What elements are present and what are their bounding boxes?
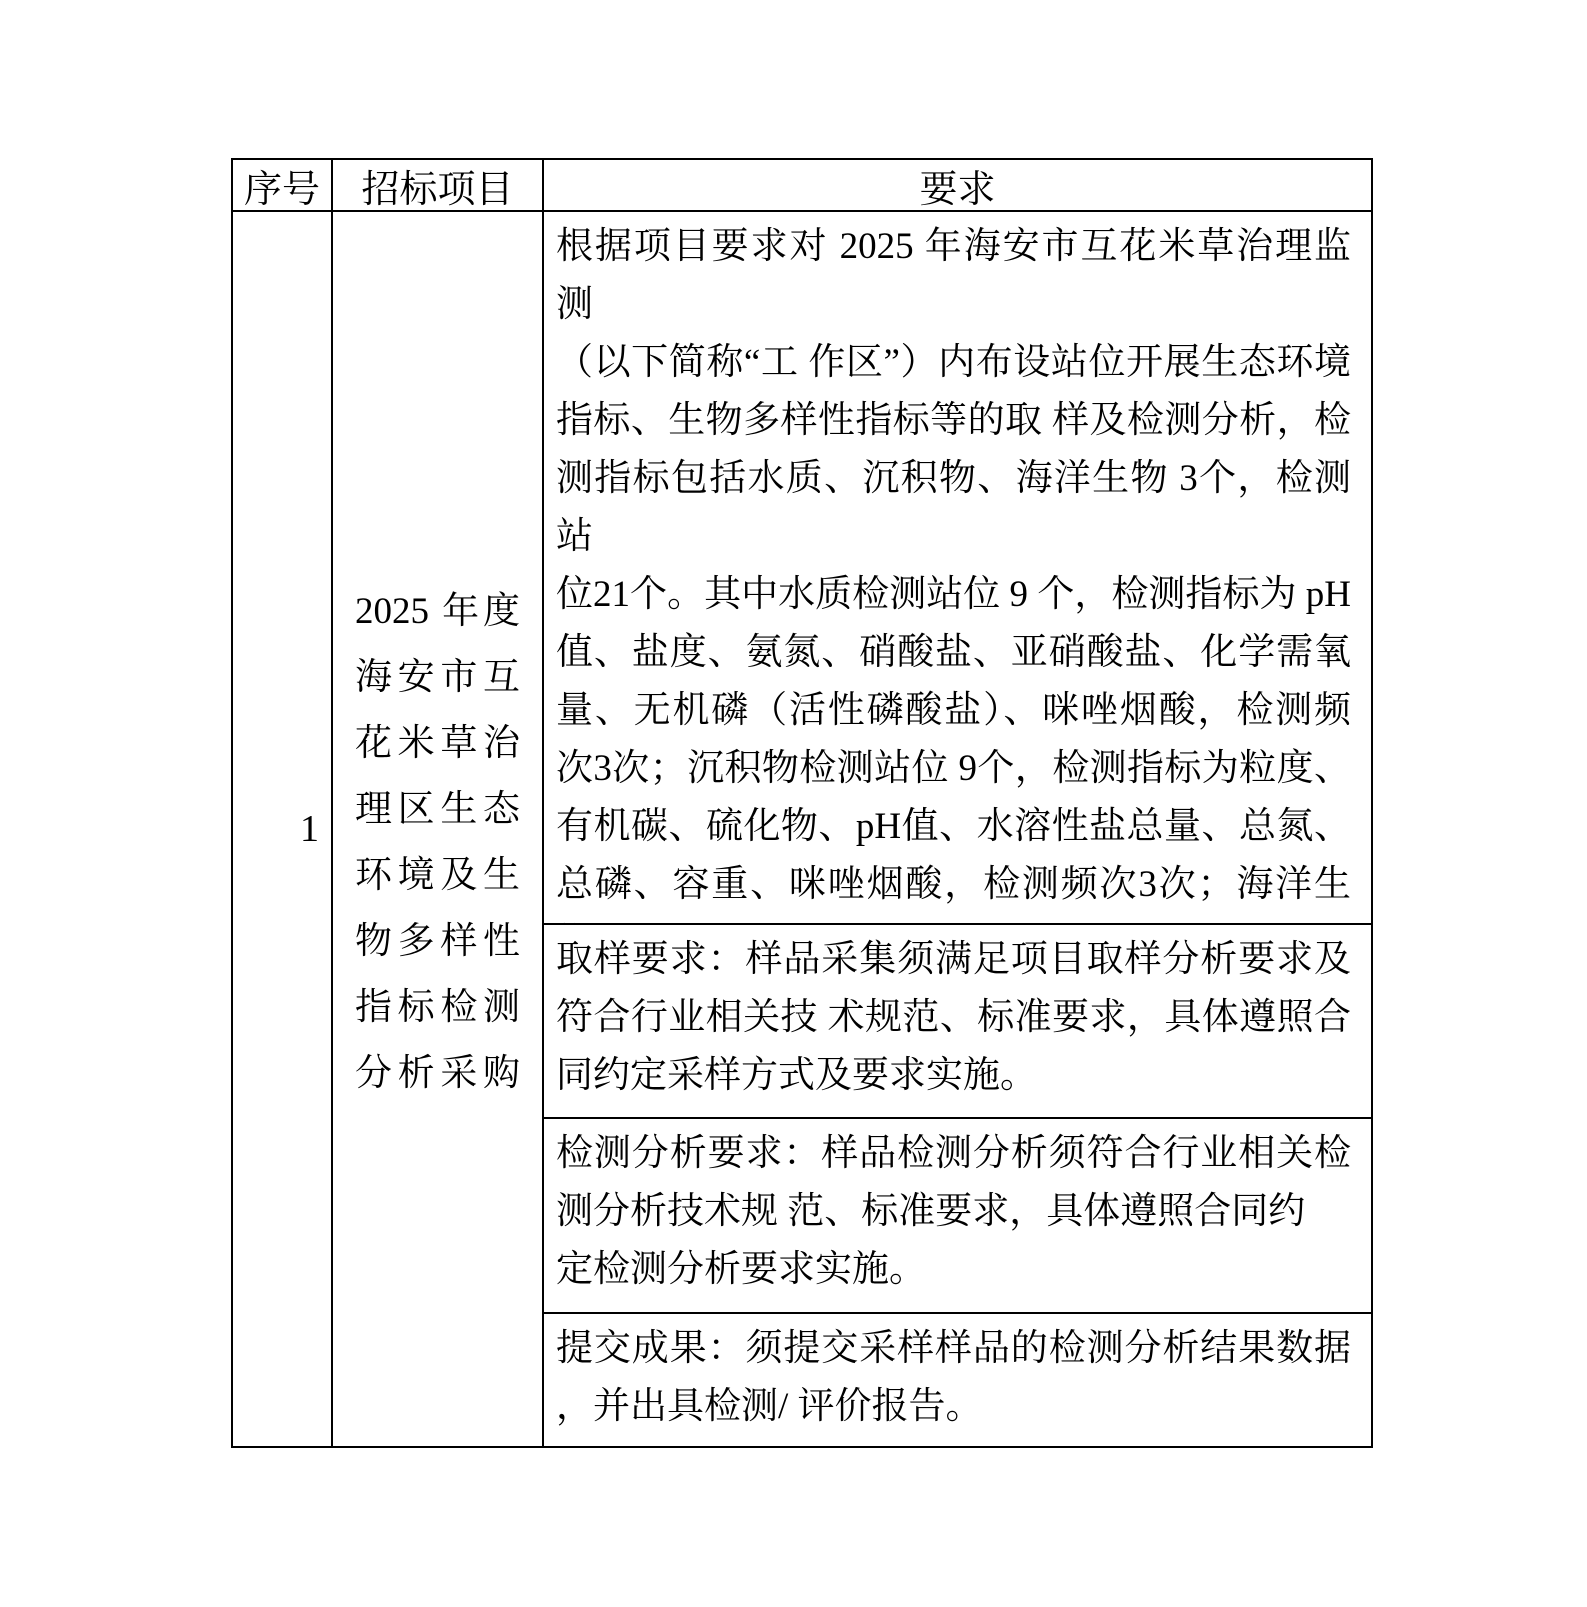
text-line: 符合行业相关技 术规范、标准要求，具体遵照合: [556, 989, 1351, 1047]
serial-number-cell: 1: [233, 212, 333, 1446]
requirements-table: 序号 招标项目 要求 1 2025 年度 海安市互 花米草治 理区生态 环境及生…: [231, 158, 1373, 1448]
requirement-deliverables-paragraph: 提交成果：须提交采样样品的检测分析结果数据 ，并出具检测/ 评价报告。: [544, 1314, 1371, 1446]
serial-number: 1: [300, 807, 319, 851]
text-line: 同约定采样方式及要求实施。: [556, 1047, 1351, 1105]
text-line: 总磷、容重、咪唑烟酸，检测频次3次；海洋生物: [556, 856, 1351, 925]
text-line: 海安市互: [333, 645, 542, 711]
text-line: 次3次；沉积物检测站位 9个，检测指标为粒度、: [556, 740, 1351, 798]
text-line: 指标检测: [333, 975, 542, 1041]
header-requirements: 要求: [544, 160, 1371, 212]
text-line: 花米草治: [333, 711, 542, 777]
text-line: 环境及生: [333, 843, 542, 909]
text-line: 分析采购: [333, 1041, 542, 1107]
header-serial-number: 序号: [233, 160, 333, 212]
text-line: 取样要求：样品采集须满足项目取样分析要求及: [556, 931, 1351, 989]
text-line: 位21个。其中水质检测站位 9 个，检测指标为 pH: [556, 566, 1351, 624]
text-line: 有机碳、硫化物、pH值、水溶性盐总量、总氮、: [556, 798, 1351, 856]
project-name-cell: 2025 年度 海安市互 花米草治 理区生态 环境及生 物多样性 指标检测 分析…: [333, 212, 544, 1446]
requirement-analysis-paragraph: 检测分析要求：样品检测分析须符合行业相关检 测分析技术规 范、标准要求，具体遵照…: [544, 1119, 1371, 1314]
requirements-cell: 根据项目要求对 2025 年海安市互花米草治理监测 （以下简称“工 作区”）内布…: [544, 212, 1371, 1446]
text-line: 指标、生物多样性指标等的取 样及检测分析，检: [556, 392, 1351, 450]
text-line: ，并出具检测/ 评价报告。: [556, 1378, 1351, 1436]
requirement-sampling-paragraph: 取样要求：样品采集须满足项目取样分析要求及 符合行业相关技 术规范、标准要求，具…: [544, 925, 1371, 1119]
table-body-row: 1 2025 年度 海安市互 花米草治 理区生态 环境及生 物多样性 指标检测 …: [233, 212, 1371, 1446]
text-line: 值、盐度、氨氮、硝酸盐、亚硝酸盐、化学需氧: [556, 624, 1351, 682]
header-tender-project: 招标项目: [333, 160, 544, 212]
text-line: 根据项目要求对 2025 年海安市互花米草治理监测: [556, 218, 1351, 334]
text-line: 测指标包括水质、沉积物、海洋生物 3个，检测站: [556, 450, 1351, 566]
text-line: 提交成果：须提交采样样品的检测分析结果数据: [556, 1320, 1351, 1378]
text-line: 检测分析要求：样品检测分析须符合行业相关检: [556, 1125, 1351, 1183]
document-page: 序号 招标项目 要求 1 2025 年度 海安市互 花米草治 理区生态 环境及生…: [0, 0, 1587, 1607]
text-line: 理区生态: [333, 777, 542, 843]
text-line: 定检测分析要求实施。: [556, 1241, 1351, 1299]
text-line: 2025 年度: [333, 579, 542, 645]
text-line: （以下简称“工 作区”）内布设站位开展生态环境: [556, 334, 1351, 392]
text-line: 测分析技术规 范、标准要求，具体遵照合同约: [556, 1183, 1351, 1241]
table-header-row: 序号 招标项目 要求: [233, 160, 1371, 212]
text-line: 物多样性: [333, 909, 542, 975]
text-line: 量、无机磷（活性磷酸盐）、咪唑烟酸，检测频: [556, 682, 1351, 740]
requirement-scope-paragraph: 根据项目要求对 2025 年海安市互花米草治理监测 （以下简称“工 作区”）内布…: [544, 212, 1371, 925]
